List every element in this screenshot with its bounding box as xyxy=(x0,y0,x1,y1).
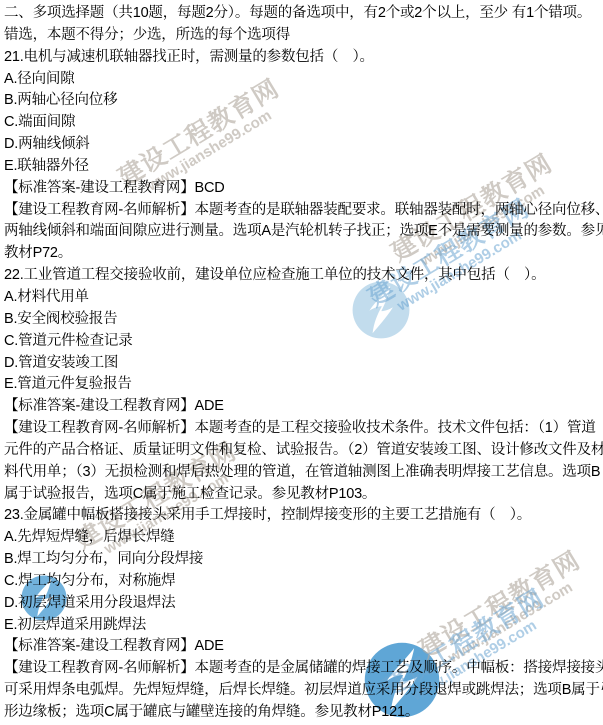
question-23-option-e: E.初层焊道采用跳焊法 xyxy=(4,615,603,637)
question-21-option-b: B.两轴心径向位移 xyxy=(4,90,603,112)
question-23-option-c: C.焊工均匀分布，对称施焊 xyxy=(4,571,603,593)
question-22-analysis-line-1: 【建设工程教育网-名师解析】本题考查的是工程交接验收技术条件。技术文件包括：（1… xyxy=(4,418,603,440)
question-23-answer: 【标准答案-建设工程教育网】ADE xyxy=(4,636,603,658)
section-instructions-line-1: 二、多项选择题（共10题，每题2分）。每题的备选项中，有2个或2个以上，至少 有… xyxy=(4,3,603,25)
question-23-option-b: B.焊工均匀分布，同向分段焊接 xyxy=(4,549,603,571)
question-23-option-d: D.初层焊道采用分段退焊法 xyxy=(4,593,603,615)
question-21-option-a: A.径向间隙 xyxy=(4,69,603,91)
exam-text-block: 二、多项选择题（共10题，每题2分）。每题的备选项中，有2个或2个以上，至少 有… xyxy=(4,3,603,724)
question-22-option-b: B.安全阀校验报告 xyxy=(4,309,603,331)
question-21-analysis-line-1: 【建设工程教育网-名师解析】本题考查的是联轴器装配要求。联轴器装配时，两轴心径向… xyxy=(4,200,603,222)
section-instructions-line-2: 错选，本题不得分；少选，所选的每个选项得 xyxy=(4,25,603,47)
question-22-option-c: C.管道元件检查记录 xyxy=(4,331,603,353)
question-23-analysis-line-1: 【建设工程教育网-名师解析】本题考查的是金属储罐的焊接工艺及顺序。中幅板：搭接焊… xyxy=(4,658,603,680)
question-22-analysis-line-3: 料代用单；（3）无损检测和焊后热处理的管道，在管道轴测图上准确表明焊接工艺信息。… xyxy=(4,462,603,484)
question-21-option-e: E.联轴器外径 xyxy=(4,156,603,178)
question-22-answer: 【标准答案-建设工程教育网】ADE xyxy=(4,396,603,418)
question-23-analysis-line-2: 可采用焊条电弧焊。先焊短焊缝，后焊长焊缝。初层焊道应采用分段退焊或跳焊法；选项B… xyxy=(4,680,603,702)
question-22-option-a: A.材料代用单 xyxy=(4,287,603,309)
question-22-option-d: D.管道安装竣工图 xyxy=(4,353,603,375)
question-22-analysis-line-4: 属于试验报告，选项C属于施工检查记录。参见教材P103。 xyxy=(4,484,603,506)
question-21-option-c: C.端面间隙 xyxy=(4,112,603,134)
question-22-analysis-line-2: 元件的产品合格证、质量证明文件和复检、试验报告。（2）管道安装竣工图、设计修改文… xyxy=(4,440,603,462)
question-21-analysis-line-3: 教材P72。 xyxy=(4,243,603,265)
question-21-answer: 【标准答案-建设工程教育网】BCD xyxy=(4,178,603,200)
question-23-option-a: A.先焊短焊缝，后焊长焊缝 xyxy=(4,527,603,549)
question-22-option-e: E.管道元件复验报告 xyxy=(4,374,603,396)
exam-answer-page: 建设工程教育网 www.jianshe99.com 建设工程教育网 www.ji… xyxy=(0,0,603,725)
question-23-analysis-line-3: 形边缘板；选项C属于罐底与罐壁连接的角焊缝。参见教材P121。 xyxy=(4,702,603,724)
question-23-stem: 23.金属罐中幅板搭接接头采用手工焊接时，控制焊接变形的主要工艺措施有（ ）。 xyxy=(4,505,603,527)
question-22-stem: 22.工业管道工程交接验收前，建设单位应检查施工单位的技术文件，其中包括（ ）。 xyxy=(4,265,603,287)
question-21-stem: 21.电机与减速机联轴器找正时，需测量的参数包括（ ）。 xyxy=(4,47,603,69)
question-21-analysis-line-2: 两轴线倾斜和端面间隙应进行测量。选项A是汽轮机转子找正；选项E不是需要测量的参数… xyxy=(4,221,603,243)
question-21-option-d: D.两轴线倾斜 xyxy=(4,134,603,156)
